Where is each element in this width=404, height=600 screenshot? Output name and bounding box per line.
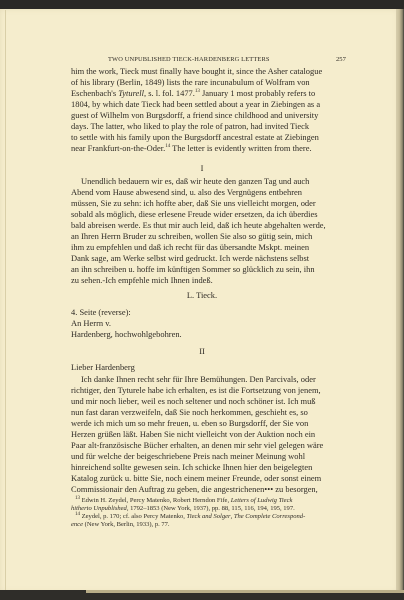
text-line: werde ich mich um so mehr freuen, u. ebe… xyxy=(71,418,286,429)
page-lip xyxy=(86,590,404,593)
letter-one-body: Unendlich bedauern wir es, daß wir heute… xyxy=(71,176,286,286)
text-line: Herzen grüßen läßt. Haben Sie nicht viel… xyxy=(71,429,286,440)
page-edge xyxy=(396,9,404,593)
text-line: 4. Seite (reverse): xyxy=(71,307,286,318)
footnote-text: Edwin H. Zeydel, Percy Matenko, Robert H… xyxy=(80,497,231,504)
text-line: days. The latter, who liked to play the … xyxy=(71,121,286,132)
text-line: Ich danke Ihnen recht sehr für Ihre Bemü… xyxy=(71,374,286,385)
text-line: ihm zu empfehlen und daß ich recht für d… xyxy=(71,242,286,253)
footnote-14: 14 Zeydel, p. 170; cf. also Percy Matenk… xyxy=(71,513,286,529)
text-line: Lieber Hardenberg xyxy=(71,362,286,373)
text-fragment: The letter is evidently written from the… xyxy=(170,143,311,153)
signature: L. Tieck. xyxy=(0,290,404,300)
text-line: und mir noch lieber, weil es noch selten… xyxy=(71,396,286,407)
footnote-title: Tieck and Solger xyxy=(187,513,231,520)
text-line: to settle with his family upon the Burgs… xyxy=(71,132,286,143)
text-line: Commissionair den Auftrag zu geben, die … xyxy=(71,484,286,495)
text-fragment: January 1 most probably refers to xyxy=(200,88,315,98)
text-fragment: Eschenbach's xyxy=(71,88,118,98)
intro-paragraph: him the work, Tieck must finally have bo… xyxy=(71,66,286,154)
text-line: him the work, Tieck must finally have bo… xyxy=(71,66,286,77)
footnote-line: 14 Zeydel, p. 170; cf. also Percy Matenk… xyxy=(71,513,286,521)
text-line: müssen, Sie zu sehn: ich hoffte aber, da… xyxy=(71,198,286,209)
text-line: an ihn schreiben u. hoffe im künftigen S… xyxy=(71,264,286,275)
text-line: Abend vom Hause abwesend sind, u. also d… xyxy=(71,187,286,198)
address-block: 4. Seite (reverse): An Herrn v. Hardenbe… xyxy=(71,307,286,340)
text-fragment: , s. l. fol. 1477. xyxy=(144,88,195,98)
text-line: Hardenberg, hochwohlgebohren. xyxy=(71,329,286,340)
footnote-title: ence xyxy=(71,521,83,528)
text-line: Dank sage, am Werke selbst wird gedruckt… xyxy=(71,253,286,264)
footnote-13: 13 Edwin H. Zeydel, Percy Matenko, Rober… xyxy=(71,497,286,513)
text-fragment: Ich danke Ihnen recht sehr für Ihre Bemü… xyxy=(81,374,316,384)
text-line: Katalog zurück u. bitte Sie, noch einem … xyxy=(71,473,286,484)
section-numeral-2: II xyxy=(0,346,404,356)
text-fragment: Unendlich bedauern wir es, daß wir heute… xyxy=(81,176,309,186)
footnote-line: ence (New York, Berlin, 1933), p. 77. xyxy=(71,521,286,529)
text-line: An Herrn v. xyxy=(71,318,286,329)
text-line: nun fast daran verzweifeln, daß Sie noch… xyxy=(71,407,286,418)
text-line: hinreichend sollte gewesen sein. Ich sch… xyxy=(71,462,286,473)
text-line: Eschenbach's Tyturell, s. l. fol. 1477.1… xyxy=(71,88,286,99)
text-line: richtiger, den Tyturele habe ich erhalte… xyxy=(71,385,286,396)
running-head: TWO UNPUBLISHED TIECK-HARDENBERG LETTERS xyxy=(108,56,270,63)
text-line: 1804, by which date Tieck had been settl… xyxy=(71,99,286,110)
text-line: und für welche der beigeschriebene Preis… xyxy=(71,451,286,462)
footnote-line: 13 Edwin H. Zeydel, Percy Matenko, Rober… xyxy=(71,497,286,505)
text-line: sobald als möglich, diese erlesene Freud… xyxy=(71,209,286,220)
text-line: near Frankfurt-on-the-Oder.14 The letter… xyxy=(71,143,286,154)
footnote-text: Zeydel, p. 170; cf. also Percy Matenko, xyxy=(80,513,187,520)
footnote-title: Letters of Ludwig Tieck xyxy=(231,497,293,504)
text-line: of his library (Berlin, 1849) lists the … xyxy=(71,77,286,88)
text-line: Unendlich bedauern wir es, daß wir heute… xyxy=(71,176,286,187)
title-italic: Tyturell xyxy=(118,88,144,98)
letter-two-body: Ich danke Ihnen recht sehr für Ihre Bemü… xyxy=(71,374,286,496)
text-line: Paar alt-französische Bücher erhalten, a… xyxy=(71,440,286,451)
text-line: an Ihren Herrn Bruder zu schreiben, woll… xyxy=(71,231,286,242)
footnote-title: The Complete Correspond- xyxy=(234,513,305,520)
text-line: guest of Wilhelm von Burgsdorff, a frien… xyxy=(71,110,286,121)
page-number: 257 xyxy=(336,56,346,63)
bottom-edge xyxy=(0,590,404,600)
text-line: bald abreisen werde. Es thut mir auch le… xyxy=(71,220,286,231)
footnote-text: (New York, Berlin, 1933), p. 77. xyxy=(83,521,170,528)
salutation: Lieber Hardenberg xyxy=(71,362,286,373)
footnote-text: , 1792–1853 (New York, 1937), pp. 88, 11… xyxy=(127,505,295,512)
text-line: zu sehen.-Ich empfehle mich Ihnen indeß. xyxy=(71,275,286,286)
page-gutter-line xyxy=(5,10,6,590)
section-numeral-1: I xyxy=(0,163,404,173)
text-fragment: near Frankfurt-on-the-Oder. xyxy=(71,143,165,153)
